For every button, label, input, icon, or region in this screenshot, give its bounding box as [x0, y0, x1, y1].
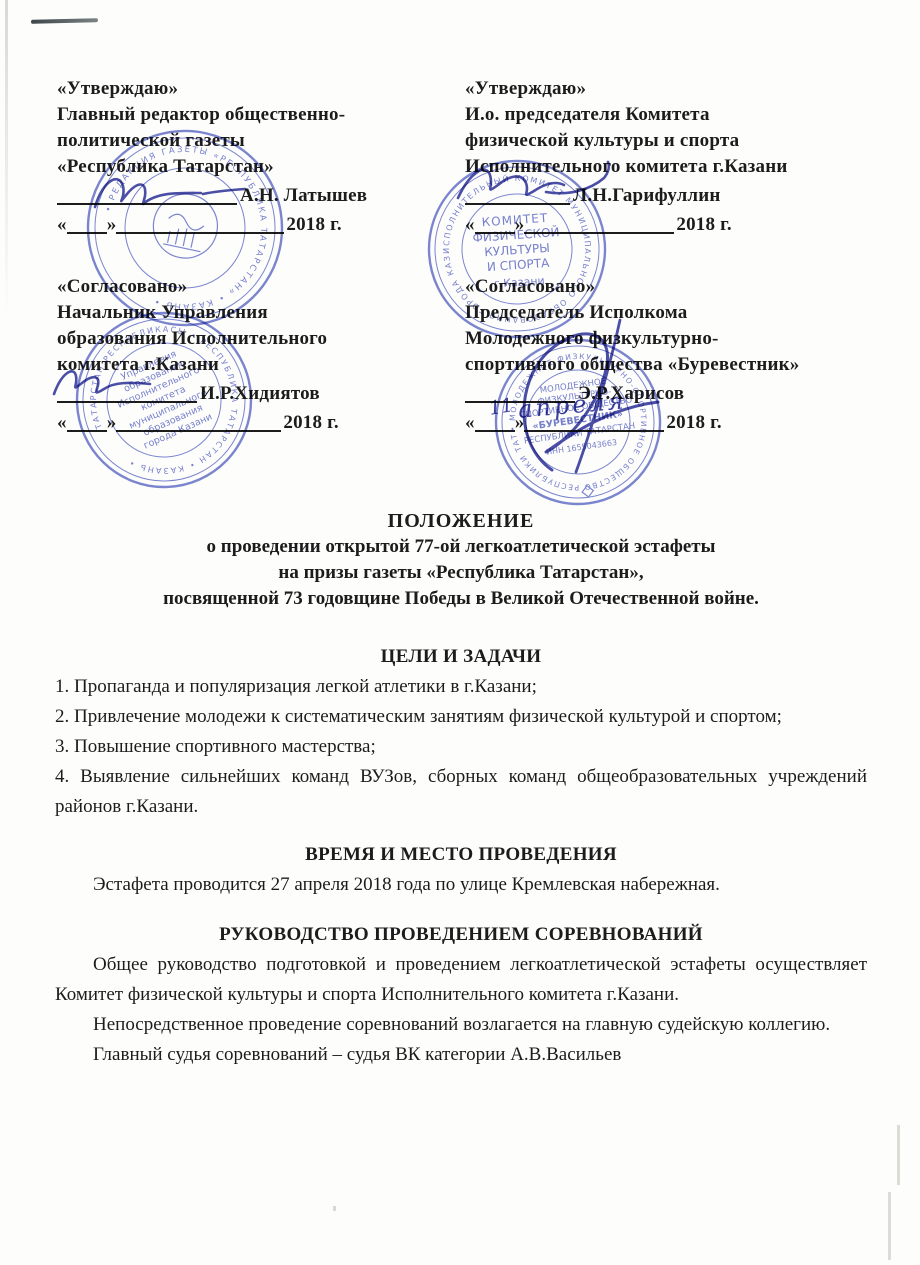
scanned-document-page: «Утверждаю» Главный редактор общественно…: [0, 0, 920, 1265]
scan-edge-shadow-left: [5, 0, 8, 320]
quote-open: «: [57, 214, 67, 235]
quote-open: «: [465, 412, 475, 433]
scan-artifact-line: [31, 18, 98, 24]
section-heading-goals: ЦЕЛИ И ЗАДАЧИ: [55, 646, 867, 668]
date-year: 2018 г.: [284, 214, 341, 235]
approval-role-line: И.о. председателя Комитета: [465, 102, 869, 128]
stamp-center-line: И СПОРТА: [486, 256, 550, 274]
sports-committee-stamp: ИСПОЛНИТЕЛЬНЫЙ КОМИТЕТ МУНИЦИПАЛЬНОГО ОБ…: [425, 157, 609, 341]
title-line: ПОЛОЖЕНИЕ: [55, 508, 867, 534]
list-item: 3. Повышение спортивного мастерства;: [55, 732, 867, 762]
scan-edge-shadow-right: [888, 1192, 891, 1260]
document-body: ЦЕЛИ И ЗАДАЧИ 1. Пропаганда и популяриза…: [55, 646, 867, 1070]
date-year: 2018 г.: [281, 412, 338, 433]
quote-open: «: [57, 412, 67, 433]
paragraph: Эстафета проводится 27 апреля 2018 года …: [55, 870, 867, 900]
burevestnik-society-stamp: • МОЛОДЕЖНОЕ ФИЗКУЛЬТУРНО-СПОРТИВНОЕ ОБЩ…: [492, 336, 664, 508]
approval-label: «Утверждаю»: [465, 76, 869, 102]
document-title: ПОЛОЖЕНИЕ о проведении открытой 77-ой ле…: [55, 508, 867, 612]
stamp-emblem: [147, 188, 223, 264]
title-line: на призы газеты «Республика Татарстан»,: [55, 560, 867, 586]
list-item: 1. Пропаганда и популяризация легкой атл…: [55, 672, 867, 702]
title-line: посвященной 73 годовщине Победы в Велико…: [55, 586, 867, 612]
scan-edge-shadow-right: [897, 1125, 900, 1185]
section-heading-time-place: ВРЕМЯ И МЕСТО ПРОВЕДЕНИЯ: [55, 844, 867, 866]
title-line: о проведении открытой 77-ой легкоатлетич…: [55, 534, 867, 560]
list-item: 4. Выявление сильнейших команд ВУЗов, сб…: [55, 762, 867, 822]
date-year: 2018 г.: [674, 214, 731, 235]
date-year: 2018 г.: [664, 412, 721, 433]
paragraph: Главный судья соревнований – судья ВК ка…: [55, 1040, 867, 1070]
section-heading-management: РУКОВОДСТВО ПРОВЕДЕНИЕМ СОРЕВНОВАНИЙ: [55, 924, 867, 946]
newspaper-editorial-stamp: • РЕДАКЦИЯ ГАЗЕТЫ «РЕСПУБЛИКА ТАТАРСТАН»…: [83, 126, 287, 330]
paragraph: Непосредственное проведение соревнований…: [55, 1010, 867, 1040]
list-item: 2. Привлечение молодежи к систематически…: [55, 702, 867, 732]
approval-label: «Утверждаю»: [57, 76, 461, 102]
stamp-center-line: г.Казани: [494, 274, 546, 291]
paragraph: Общее руководство подготовкой и проведен…: [55, 950, 867, 1010]
scan-speck: [333, 1206, 336, 1211]
education-department-stamp: ТАТАРСТАН РЕСПУБЛИКАСЫ • РЕСПУБЛИКА ТАТА…: [73, 309, 255, 491]
approval-role-line: Главный редактор общественно-: [57, 102, 461, 128]
